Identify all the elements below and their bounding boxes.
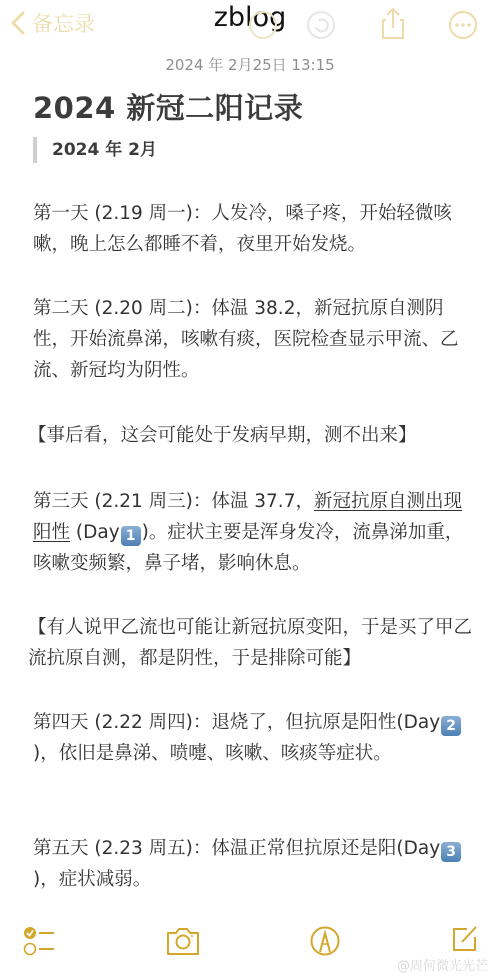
note-title[interactable]: 2024 新冠二阳记录 xyxy=(33,86,303,127)
day4-text: 第四天 (2.22 周四)：退烧了，但抗原是阳性 xyxy=(33,712,396,733)
share-icon[interactable] xyxy=(378,6,408,40)
undo-icon[interactable] xyxy=(248,10,278,40)
note-date: 2024 年 2月25日 13:15 xyxy=(0,54,500,75)
note-paragraph-remark2[interactable]: 【有人说甲乙流也可能让新冠抗原变阳，于是买了甲乙流抗原自测，都是阴性，于是排除可… xyxy=(28,612,478,674)
day5-rest: )，症状减弱。 xyxy=(33,869,151,890)
day4-rest: )，依旧是鼻涕、喷嚏、咳嗽、咳痰等症状。 xyxy=(33,743,392,764)
note-paragraph-day1[interactable]: 第一天 (2.19 周一)：人发冷，嗓子疼，开始轻微咳嗽，晚上怎么都睡不着，夜里… xyxy=(33,198,473,260)
day4-day-prefix: (Day xyxy=(396,712,440,733)
more-icon[interactable] xyxy=(448,10,478,40)
day3-day-prefix: (Day xyxy=(70,522,120,543)
note-paragraph-day5[interactable]: 第五天 (2.23 周五)：体温正常但抗原还是阳(Day3)，症状减弱。 xyxy=(33,833,473,895)
note-paragraph-day4[interactable]: 第四天 (2.22 周四)：退烧了，但抗原是阳性(Day2)，依旧是鼻涕、喷嚏、… xyxy=(33,707,473,769)
top-navigation-bar: 备忘录 zblog xyxy=(0,0,500,50)
day3-text: 第三天 (2.21 周三)：体温 37.7， xyxy=(33,491,314,512)
note-paragraph-remark1[interactable]: 【事后看，这会可能处于发病早期，测不出来】 xyxy=(28,420,478,451)
keycap-2-emoji-icon: 2 xyxy=(441,716,461,736)
day5-text: 第五天 (2.23 周五)：体温正常但抗原还是阳 xyxy=(33,838,396,859)
note-subheading[interactable]: 2024 年 2月 xyxy=(33,137,157,163)
markup-pen-icon[interactable] xyxy=(309,925,341,957)
redo-icon[interactable] xyxy=(306,10,336,40)
checklist-icon[interactable] xyxy=(22,925,58,957)
keycap-1-emoji-icon: 1 xyxy=(121,526,141,546)
day5-day-prefix: (Day xyxy=(396,838,440,859)
camera-icon[interactable] xyxy=(165,925,201,957)
keycap-3-emoji-icon: 3 xyxy=(441,842,461,862)
note-paragraph-day3[interactable]: 第三天 (2.21 周三)：体温 37.7，新冠抗原自测出现阳性 (Day1)。… xyxy=(33,486,473,579)
watermark-text: @周何微光光芒 xyxy=(397,955,488,974)
compose-icon[interactable] xyxy=(450,922,480,954)
note-paragraph-day2[interactable]: 第二天 (2.20 周二)：体温 38.2，新冠抗原自测阴性，开始流鼻涕，咳嗽有… xyxy=(33,293,473,386)
